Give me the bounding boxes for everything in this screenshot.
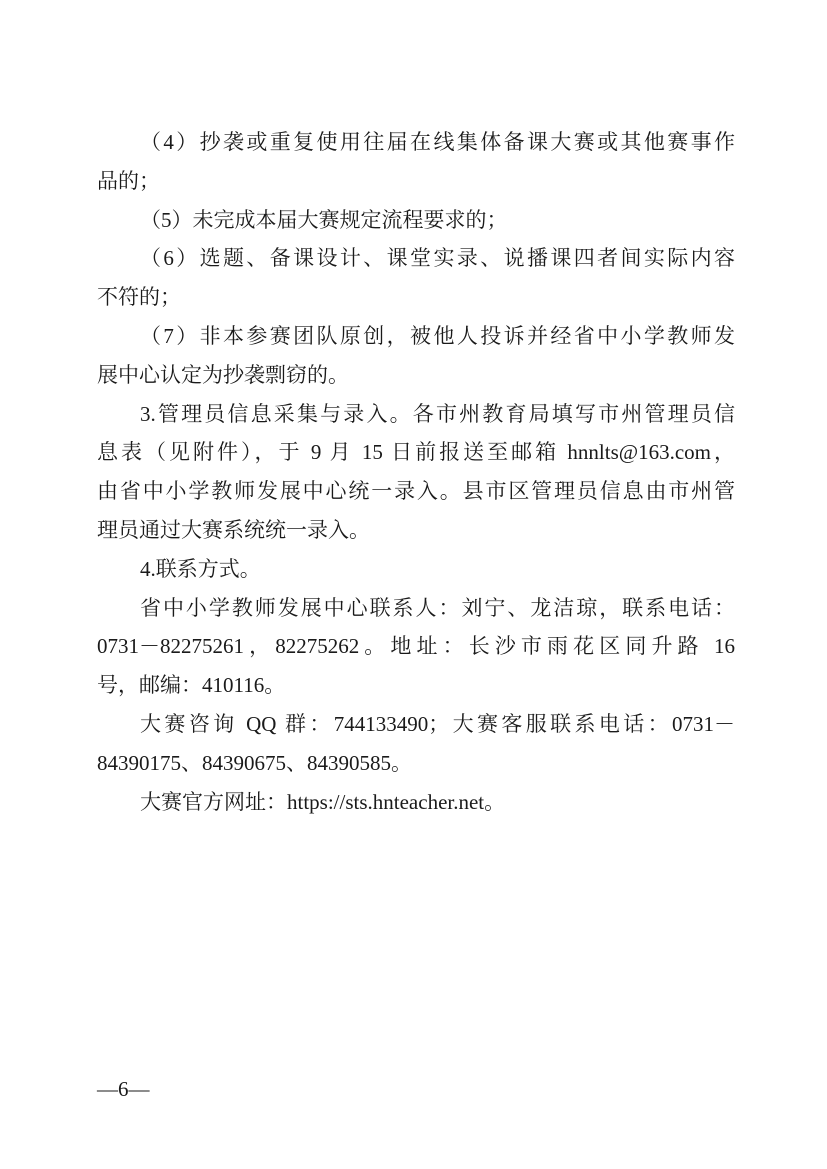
text-line: （7）非本参赛团队原创，被他人投诉并经省中小学教师发 [97,317,735,356]
text-line: （4）抄袭或重复使用往届在线集体备课大赛或其他赛事作 [97,123,735,162]
text-line: （6）选题、备课设计、课堂实录、说播课四者间实际内容 [97,239,735,278]
text-line: 3.管理员信息采集与录入。各市州教育局填写市州管理员信 [97,395,735,434]
text-line: 大赛咨询 QQ 群：744133490；大赛客服联系电话：0731－ [97,705,735,744]
document-page: （4）抄袭或重复使用往届在线集体备课大赛或其他赛事作品的；（5）未完成本届大赛规… [0,0,827,1169]
text-line: 理员通过大赛系统统一录入。 [97,511,735,550]
text-line: 息表（见附件），于 9 月 15 日前报送至邮箱 hnnlts@163.com， [97,433,735,472]
text-line: （5）未完成本届大赛规定流程要求的； [97,201,735,240]
text-line: 大赛官方网址：https://sts.hnteacher.net。 [97,783,735,822]
text-line: 品的； [97,162,735,201]
text-line: 展中心认定为抄袭剽窃的。 [97,356,735,395]
text-line: 由省中小学教师发展中心统一录入。县市区管理员信息由市州管 [97,472,735,511]
text-line: 4.联系方式。 [97,550,735,589]
text-line: 省中小学教师发展中心联系人：刘宁、龙洁琼，联系电话： [97,589,735,628]
text-line: 号，邮编：410116。 [97,666,735,705]
text-line: 不符的； [97,278,735,317]
page-number: —6— [97,1074,150,1104]
text-line: 84390175、84390675、84390585。 [97,744,735,783]
document-body: （4）抄袭或重复使用往届在线集体备课大赛或其他赛事作品的；（5）未完成本届大赛规… [97,123,735,821]
text-line: 0731－82275261，82275262。地址：长沙市雨花区同升路 16 [97,627,735,666]
